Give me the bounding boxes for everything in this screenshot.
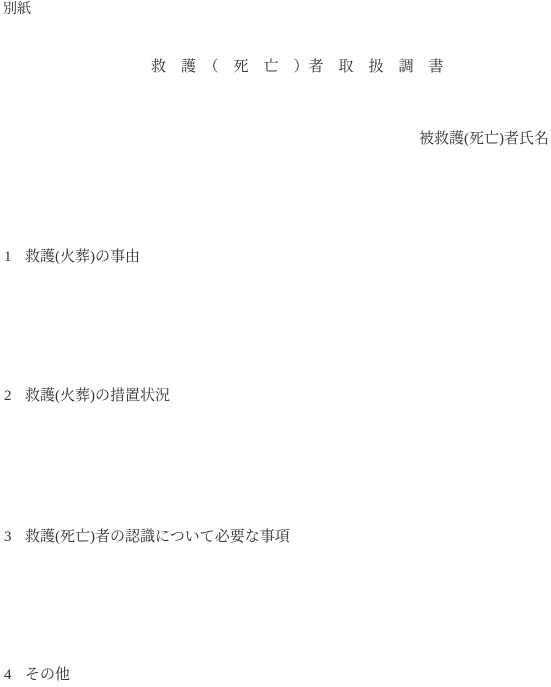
section-label: 救護(死亡)者の認識について必要な事項 [25,529,290,545]
section-number: 2 [4,387,25,407]
document-title: 救 護 （ 死 亡 ）者 取 扱 調 書 [151,58,444,78]
attachment-corner-label: 別紙 [3,1,31,19]
section-label: その他 [25,667,70,683]
section-number: 1 [4,248,25,268]
section-number: 4 [4,666,25,686]
section-heading-2: 2救護(火葬)の措置状況 [4,387,170,407]
section-label: 救護(火葬)の措置状況 [25,388,170,404]
section-heading-3: 3救護(死亡)者の認識について必要な事項 [4,528,290,548]
section-label: 救護(火葬)の事由 [25,249,140,265]
section-heading-4: 4その他 [4,666,70,686]
deceased-person-name-label: 被救護(死亡)者氏名 [419,130,549,150]
section-number: 3 [4,528,25,548]
document-page: 別紙 救 護 （ 死 亡 ）者 取 扱 調 書 被救護(死亡)者氏名 1救護(火… [0,0,551,687]
section-heading-1: 1救護(火葬)の事由 [4,248,140,268]
